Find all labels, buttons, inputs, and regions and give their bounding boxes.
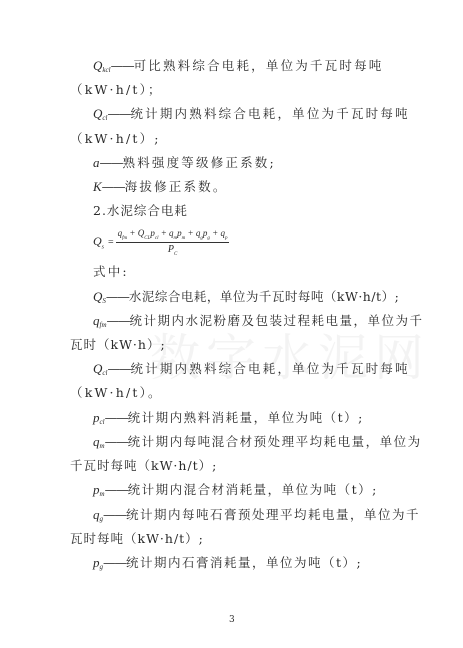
formula: Qs = qfm + QCLpcl + qmpm + qgpg + qp PC — [93, 228, 229, 257]
symbol: pm — [93, 482, 105, 497]
symbol: pcl — [93, 410, 105, 425]
symbol: QS — [93, 289, 106, 304]
equals-sign: = — [108, 237, 114, 248]
page-number: 3 — [229, 615, 235, 625]
definition-continuation: （kW·h/t）。 — [70, 385, 163, 401]
definition-qfm: qfm——统计期内水泥粉磨及包装过程耗电量，单位为千 — [93, 313, 424, 333]
definition-continuation: 瓦时（kW·h）; — [70, 337, 166, 353]
definition-continuation: 千瓦时每吨（kW·h/t）; — [70, 458, 217, 474]
definition-a: a——熟料强度等级修正系数; — [93, 155, 276, 171]
symbol: Qcl — [93, 361, 107, 376]
numerator: qfm + QCLpcl + qmpm + qgpg + qp — [116, 228, 230, 243]
definition-qkcl: Qkcl——可比熟料综合电耗，单位为千瓦时每吨 — [93, 58, 383, 78]
section-heading: 2.水泥综合电耗 — [93, 203, 188, 219]
formula-lhs: Qs — [93, 234, 104, 250]
definition-continuation: （kW·h/t）; — [70, 131, 161, 147]
symbol: qg — [93, 507, 103, 522]
definition-pm: pm——统计期内混合材消耗量，单位为吨（t）; — [93, 482, 378, 502]
definition-qg: qg——统计期内每吨石膏预处理平均耗电量，单位为千 — [93, 507, 420, 527]
definition-qcl-2: Qcl——统计期内熟料综合电耗，单位为千瓦时每吨 — [93, 361, 410, 381]
definition-qcl: Qcl——统计期内熟料综合电耗，单位为千瓦时每吨 — [93, 106, 410, 126]
definition-pg: pg——统计期内石膏消耗量，单位为吨（t）; — [93, 555, 362, 575]
definition-continuation: 瓦时每吨（kW·h/t）; — [70, 531, 204, 547]
definition-k: K——海拔修正系数。 — [93, 179, 228, 195]
where-label: 式中: — [93, 264, 129, 280]
definition-qm: qm——统计期内每吨混合材预处理平均耗电量，单位为 — [93, 434, 422, 454]
definition-continuation: （kW·h/t）； — [70, 82, 163, 98]
symbol: Qkcl — [93, 58, 111, 73]
symbol: K — [93, 179, 102, 194]
symbol: pg — [93, 555, 103, 570]
symbol: qfm — [93, 313, 107, 328]
denominator: PC — [168, 243, 177, 257]
definition-qs: QS——水泥综合电耗，单位为千瓦时每吨（kW·h/t）; — [93, 289, 399, 309]
symbol: qm — [93, 434, 105, 449]
definition-pcl: pcl——统计期内熟料消耗量，单位为吨（t）; — [93, 410, 364, 430]
fraction: qfm + QCLpcl + qmpm + qgpg + qp PC — [116, 228, 230, 257]
symbol: Qcl — [93, 106, 107, 121]
